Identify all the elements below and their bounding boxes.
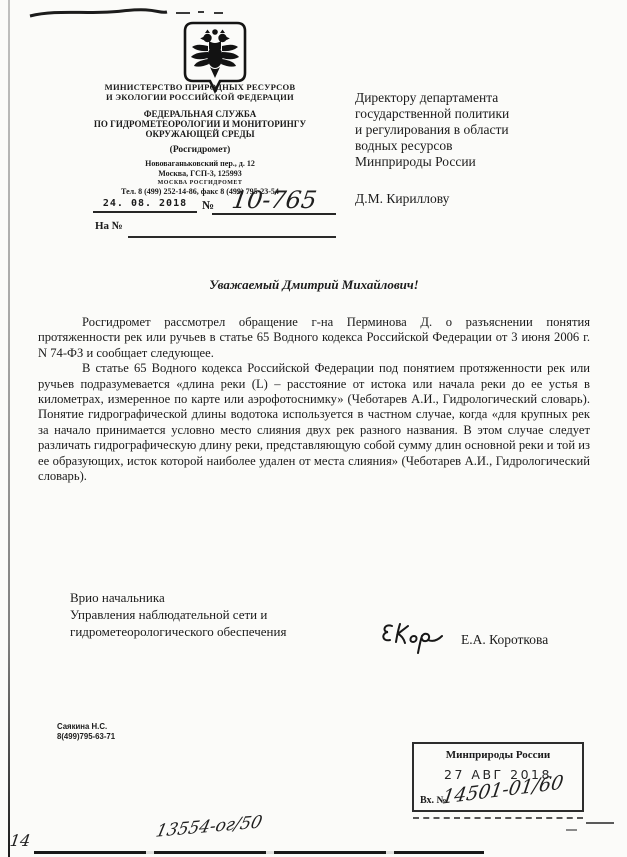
reply-to-label: На № (95, 220, 123, 232)
signer-name: Е.А. Короткова (461, 632, 548, 648)
scan-corner-mark (566, 829, 577, 831)
executor-name: Саякина Н.С. (57, 722, 115, 732)
executor-block: Саякина Н.С. 8(499)795-63-71 (57, 722, 115, 741)
scan-corner-mark (586, 822, 614, 824)
letterhead-block: МИНИСТЕРСТВО ПРИРОДНЫХ РЕСУРСОВ И ЭКОЛОГ… (58, 82, 342, 196)
letter-date-stamp: 24. 08. 2018 (93, 194, 197, 213)
scan-bottom-edge-line (34, 851, 484, 854)
service-name-line2: ПО ГИДРОМЕТЕОРОЛОГИИ И МОНИТОРИНГУ (58, 119, 342, 129)
routing-note-handwritten: 13554-ог/50 (154, 812, 264, 842)
signer-position-line: Управления наблюдательной сети и (70, 607, 286, 624)
outgoing-number-handwritten: 10-765 (230, 186, 318, 214)
addressee-name: Д.М. Кириллову (355, 191, 595, 207)
service-short-name: (Росгидромет) (58, 145, 342, 155)
letter-body: Росгидромет рассмотрел обращение г-на Пе… (38, 315, 590, 484)
signer-position-block: Врио начальника Управления наблюдательно… (70, 590, 286, 640)
addressee-line: государственной политики (355, 106, 595, 122)
addressee-line: водных ресурсов (355, 138, 595, 154)
handwritten-signature-autograph (377, 615, 447, 657)
stamp-organization: Минприроды России (414, 749, 582, 761)
addressee-line: Минприроды России (355, 154, 595, 170)
signer-position-line: Врио начальника (70, 590, 286, 607)
service-name-line1: ФЕДЕРАЛЬНАЯ СЛУЖБА (58, 109, 342, 119)
address-line1: Нововаганьковский пер., д. 12 (58, 159, 342, 169)
signer-position-line: гидрометеорологического обеспечения (70, 624, 286, 641)
ministry-name-line1: МИНИСТЕРСТВО ПРИРОДНЫХ РЕСУРСОВ (58, 82, 342, 92)
page-number-handwritten: 14 (9, 831, 32, 850)
addressee-line: Директору департамента (355, 90, 595, 106)
reply-to-blank-line (128, 221, 336, 238)
ministry-name-line2: И ЭКОЛОГИИ РОССИЙСКОЙ ФЕДЕРАЦИИ (58, 92, 342, 102)
scanned-letter-page: МИНИСТЕРСТВО ПРИРОДНЫХ РЕСУРСОВ И ЭКОЛОГ… (0, 0, 627, 857)
body-paragraph-1: Росгидромет рассмотрел обращение г-на Пе… (38, 315, 590, 361)
service-name-line3: ОКРУЖАЮЩЕЙ СРЕДЫ (58, 129, 342, 139)
salutation: Уважаемый Дмитрий Михайлович! (38, 277, 590, 293)
stamp-bottom-dashed-line (413, 817, 583, 819)
address-line2: Москва, ГСП-3, 125993 (58, 169, 342, 179)
addressee-line: и регулирования в области (355, 122, 595, 138)
scan-edge-artifact (8, 0, 10, 857)
executor-phone: 8(499)795-63-71 (57, 732, 115, 742)
addressee-block: Директору департамента государственной п… (355, 90, 595, 207)
body-paragraph-2: В статье 65 Водного кодекса Российской Ф… (38, 361, 590, 484)
